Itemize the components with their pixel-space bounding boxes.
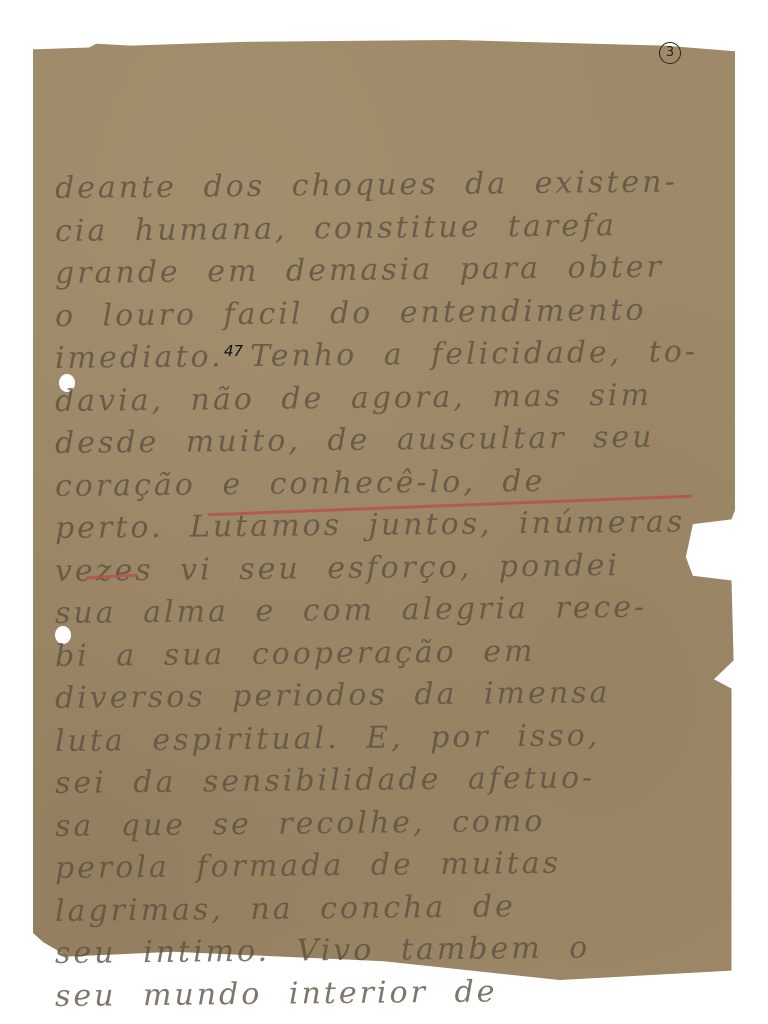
text-line: vezes vi seu esforço, pondei	[55, 543, 725, 593]
text-line: o louro facil do entendimento	[55, 288, 725, 338]
text-line: perola formada de muitas	[55, 841, 725, 891]
text-line: sua alma e com alegria rece-	[55, 586, 725, 636]
text-line: bi a sua cooperação em	[55, 628, 725, 678]
text-line: grande em demasia para obter	[55, 246, 725, 296]
scan-canvas: 3 deante dos choques da existen- cia hum…	[0, 0, 768, 1024]
page-number-circled: 3	[659, 42, 681, 64]
text-line: seu mundo interior de	[55, 968, 725, 1018]
text-line: desde muito, de auscultar seu	[55, 416, 725, 466]
text-line: diversos periodos da imensa	[55, 671, 725, 721]
text-line: seu intimo. Vivo tambem o	[55, 926, 725, 976]
text-line: sei da sensibilidade afetuo-	[55, 756, 725, 806]
text-line: deante dos choques da existen-	[55, 161, 725, 211]
text-line: sa que se recolhe, como	[55, 798, 725, 848]
text-line: lagrimas, na concha de	[55, 883, 725, 933]
text-line: davia, não de agora, mas sim	[55, 373, 725, 423]
text-line: coração e conhecê-lo, de	[55, 458, 725, 508]
archive-number-mark: 47	[224, 342, 243, 360]
handwritten-text-body: deante dos choques da existen- cia human…	[55, 168, 725, 1018]
text-line: imediato. Tenho a felicidade, to-	[55, 331, 725, 381]
text-line: cia humana, constitue tarefa	[55, 203, 725, 253]
text-line: luta espiritual. E, por isso,	[55, 713, 725, 763]
